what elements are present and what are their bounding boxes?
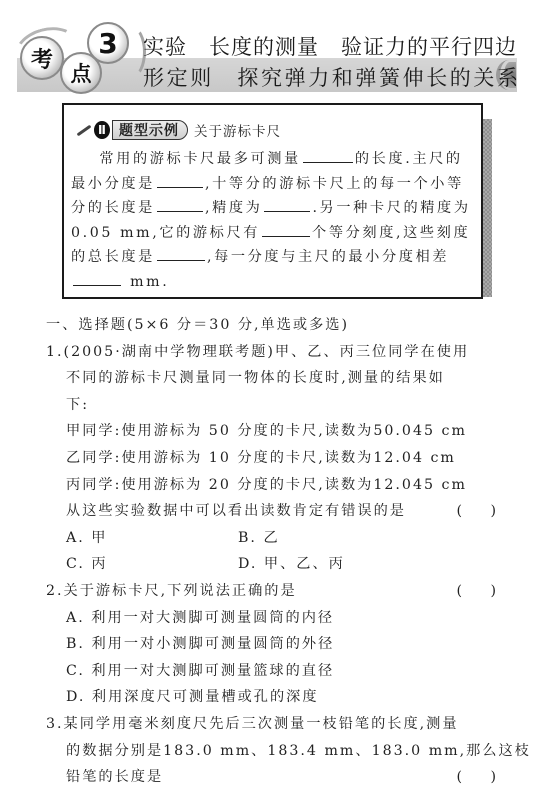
answer-blank-6[interactable] [157,246,205,261]
question-stem-line: 不同的游标卡尺测量同一物体的长度时,测量的结果如 [46,365,502,392]
option-a[interactable]: A. 甲 [66,525,238,552]
question-1: 1.(2005·湖南中学物理联考题)甲、乙、丙三位同学在使用 不同的游标卡尺测量… [46,339,502,578]
data-line-bing: 丙同学:使用游标为 20 分度的卡尺,读数为12.045 cm [46,472,502,499]
example-number-icon: Ⅱ [94,121,110,139]
answer-paren[interactable]: ( ) [457,764,502,791]
section-heading: 一、选择题(5×6 分＝30 分,单选或多选) [46,312,502,339]
pen-icon [74,121,92,139]
option-d[interactable]: D. 利用深度尺可测量槽或孔的深度 [46,684,502,711]
answer-blank-1[interactable] [303,148,353,163]
banner-title-line1: 实验 长度的测量 验证力的平行四边 [143,31,517,61]
banner-title-line2: 形定则 探究弹力和弹簧伸长的关系 [143,62,521,92]
question-number: 2. [46,583,64,599]
example-box: Ⅱ 题型示例 关于游标卡尺 常用的游标卡尺最多可测量的长度.主尺的最小分度是,十… [62,103,483,299]
answer-blank-3[interactable] [157,197,203,212]
example-label: 题型示例 [112,120,188,140]
badge-number: 3 [87,22,129,64]
question-prompt: 从这些实验数据中可以看出读数肯定有错误的是 [66,498,406,525]
text-segment: 常用的游标卡尺最多可测量 [99,151,300,167]
option-b[interactable]: B. 乙 [238,525,410,552]
question-stem-line: 某同学用毫米刻度尺先后三次测量一枝铅笔的长度,测量 [64,716,459,732]
question-3: 3.某同学用毫米刻度尺先后三次测量一枝铅笔的长度,测量 的数据分别是183.0 … [46,711,502,791]
example-topic: 关于游标卡尺 [194,120,281,140]
answer-blank-7[interactable] [73,271,121,286]
question-stem-line: (2005·湖南中学物理联考题)甲、乙、丙三位同学在使用 [64,344,470,360]
text-segment: ,每一分度与主尺的最小分度相差 [207,249,449,265]
answer-blank-5[interactable] [262,222,310,237]
question-stem: 关于游标卡尺,下列说法正确的是 [64,583,297,599]
answer-blank-2[interactable] [157,173,203,188]
question-number: 3. [46,716,64,732]
example-header: Ⅱ 题型示例 关于游标卡尺 [74,119,281,141]
question-stem-line: 下: [46,392,502,419]
answer-blank-4[interactable] [264,197,310,212]
badge-kao: 考 [20,36,64,80]
example-text: 常用的游标卡尺最多可测量的长度.主尺的最小分度是,十等分的游标卡尺上的每一个小等… [71,147,476,294]
question-stem-line: 的数据分别是183.0 mm、183.4 mm、183.0 mm,那么这枝 [46,738,502,765]
text-segment: ,精度为 [205,200,262,216]
option-a[interactable]: A. 利用一对大测脚可测量圆筒的内径 [46,605,502,632]
data-line-jia: 甲同学:使用游标为 50 分度的卡尺,读数为50.045 cm [46,418,502,445]
option-d[interactable]: D. 甲、乙、丙 [238,551,410,578]
option-c[interactable]: C. 丙 [66,551,238,578]
answer-paren[interactable]: ( ) [457,498,502,525]
question-stem-line: 铅笔的长度是 [66,764,163,791]
answer-paren[interactable]: ( ) [457,578,502,605]
section-banner: 考 点 3 实验 长度的测量 验证力的平行四边 形定则 探究弹力和弹簧伸长的关系 [0,0,550,100]
question-number: 1. [46,344,64,360]
option-b[interactable]: B. 利用一对小测脚可测量圆筒的外径 [46,631,502,658]
question-2: 2.关于游标卡尺,下列说法正确的是 ( ) A. 利用一对大测脚可测量圆筒的内径… [46,578,502,711]
data-line-yi: 乙同学:使用游标为 10 分度的卡尺,读数为12.04 cm [46,445,502,472]
questions-section: 一、选择题(5×6 分＝30 分,单选或多选) 1.(2005·湖南中学物理联考… [46,312,502,791]
option-c[interactable]: C. 利用一对大测脚可测量篮球的直径 [46,658,502,685]
text-segment: mm. [130,274,169,290]
